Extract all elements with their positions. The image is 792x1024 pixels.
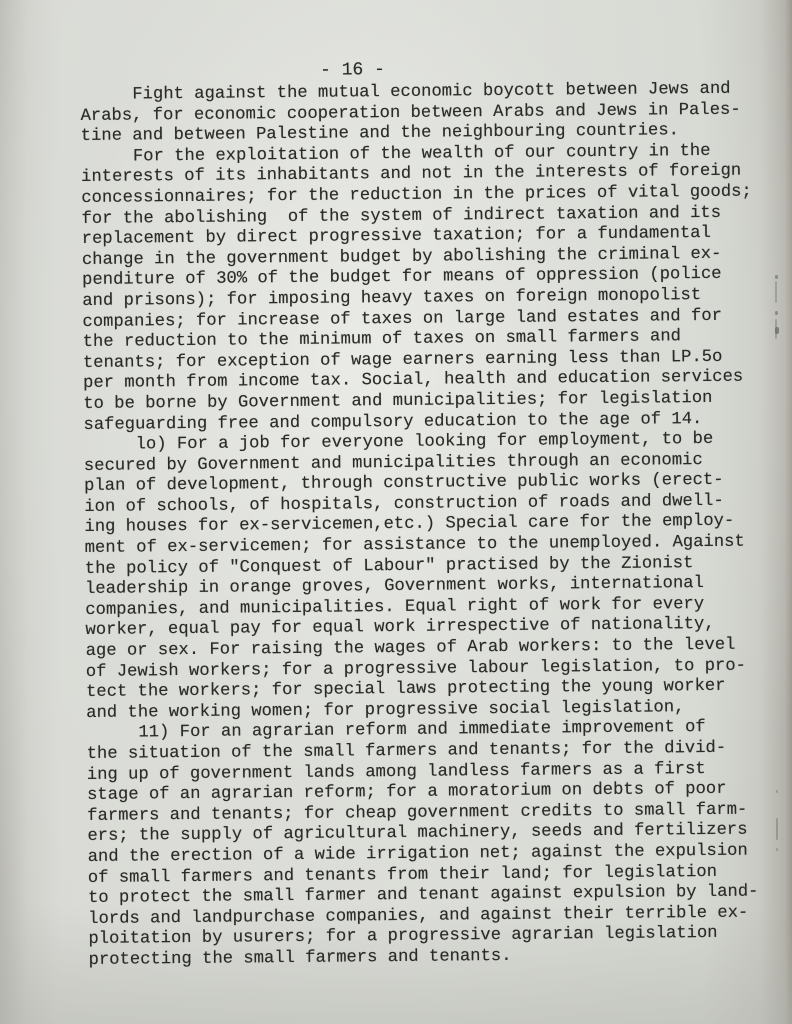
typewritten-page: - 16 - Fight against the mutual economic…	[0, 0, 792, 1024]
binding-hole-marks-upper	[773, 275, 783, 345]
text-lines: Fight against the mutual economic boycot…	[80, 79, 788, 971]
document-body: - 16 - Fight against the mutual economic…	[80, 53, 789, 971]
hole-mark	[775, 275, 778, 279]
hole-mark	[775, 311, 778, 315]
hole-mark	[776, 790, 778, 793]
hole-mark	[776, 818, 778, 840]
binding-hole-marks-lower	[774, 790, 784, 860]
hole-mark	[775, 327, 779, 334]
hole-mark	[775, 281, 777, 303]
hole-mark	[776, 848, 778, 851]
